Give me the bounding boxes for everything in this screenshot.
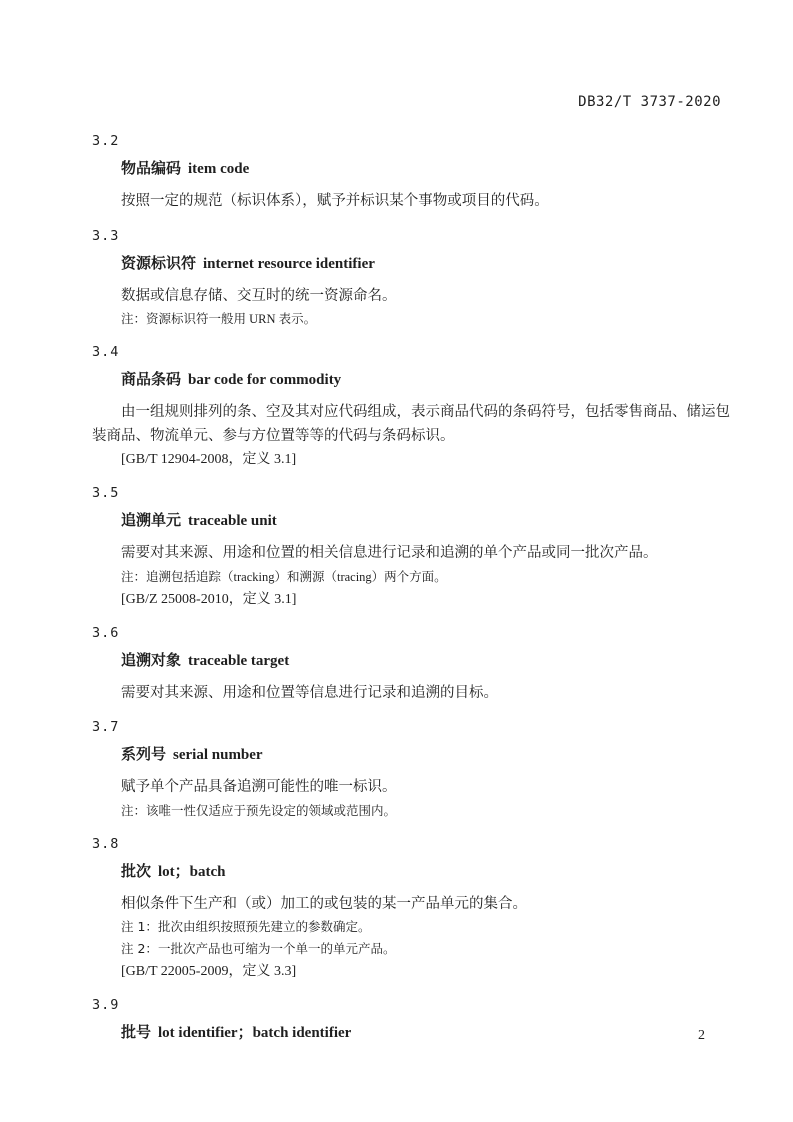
note-label: 注： [121,569,146,584]
section-number: 3.5 [92,485,730,501]
section-number: 3.3 [92,228,730,244]
source-reference: [GB/T 22005-2009，定义 3.3] [92,960,730,983]
term-chinese: 资源标识符 [121,254,196,272]
term-section: 3.3 资源标识符internet resource identifier 数据… [92,228,730,331]
section-number: 3.6 [92,625,730,641]
page-number: 2 [698,1028,705,1044]
definition-paragraph: 按照一定的规范（标识体系），赋予并标识某个事物或项目的代码。 [92,190,730,214]
term-english: item code [188,161,249,177]
term-chinese: 批次 [121,862,151,880]
section-number: 3.7 [92,719,730,735]
term-chinese: 系列号 [121,745,166,763]
note-line: 注：资源标识符一般用 URN 表示。 [92,308,730,330]
term-section: 3.6 追溯对象traceable target 需要对其来源、用途和位置等信息… [92,625,730,706]
definition-paragraph: 数据或信息存储、交互时的统一资源命名。 [92,285,730,309]
term-chinese: 追溯单元 [121,511,181,529]
term-section: 3.7 系列号serial number 赋予单个产品具备追溯可能性的唯一标识。… [92,719,730,822]
term-english: serial number [173,747,263,763]
note-label: 注 2： [121,941,158,956]
term-chinese: 物品编码 [121,159,181,177]
term-section: 3.8 批次lot；batch 相似条件下生产和（或）加工的或包装的某一产品单元… [92,836,730,984]
note-label: 注 1： [121,919,158,934]
term-section: 3.2 物品编码item code 按照一定的规范（标识体系），赋予并标识某个事… [92,133,730,214]
note-label: 注： [121,803,146,818]
term-heading: 资源标识符internet resource identifier [92,255,730,273]
terms-list: 3.2 物品编码item code 按照一定的规范（标识体系），赋予并标识某个事… [92,133,730,1056]
term-section: 3.5 追溯单元traceable unit 需要对其来源、用途和位置的相关信息… [92,485,730,611]
term-english: lot identifier；batch identifier [158,1025,351,1041]
document-page: DB32/T 3737-2020 3.2 物品编码item code 按照一定的… [0,0,793,1122]
term-english: traceable unit [188,513,277,529]
definition-paragraph: 需要对其来源、用途和位置等信息进行记录和追溯的目标。 [92,682,730,706]
term-heading: 商品条码bar code for commodity [92,371,730,389]
definition-paragraph: 赋予单个产品具备追溯可能性的唯一标识。 [92,776,730,800]
term-heading: 追溯单元traceable unit [92,512,730,530]
term-english: bar code for commodity [188,372,341,388]
term-chinese: 商品条码 [121,370,181,388]
source-reference: [GB/T 12904-2008，定义 3.1] [92,448,730,471]
note-line: 注 1：批次由组织按照预先建立的参数确定。 [92,916,730,938]
definition-paragraph: 由一组规则排列的条、空及其对应代码组成，表示商品代码的条码符号，包括零售商品、储… [92,401,730,448]
note-label: 注： [121,311,146,326]
term-heading: 批次lot；batch [92,863,730,881]
term-section: 3.9 批号lot identifier；batch identifier [92,997,730,1042]
term-chinese: 批号 [121,1023,151,1041]
note-line: 注：该唯一性仅适应于预先设定的领域或范围内。 [92,800,730,822]
definition-paragraph: 相似条件下生产和（或）加工的或包装的某一产品单元的集合。 [92,893,730,917]
definition-paragraph: 需要对其来源、用途和位置的相关信息进行记录和追溯的单个产品或同一批次产品。 [92,542,730,566]
note-line: 注 2：一批次产品也可缩为一个单一的单元产品。 [92,938,730,960]
term-heading: 物品编码item code [92,160,730,178]
source-reference: [GB/Z 25008-2010，定义 3.1] [92,588,730,611]
section-number: 3.8 [92,836,730,852]
term-english: traceable target [188,653,289,669]
section-number: 3.9 [92,997,730,1013]
doc-number: DB32/T 3737-2020 [578,94,721,110]
term-heading: 追溯对象traceable target [92,652,730,670]
section-number: 3.2 [92,133,730,149]
term-chinese: 追溯对象 [121,651,181,669]
term-section: 3.4 商品条码bar code for commodity 由一组规则排列的条… [92,344,730,471]
term-heading: 批号lot identifier；batch identifier [92,1024,730,1042]
term-english: lot；batch [158,864,226,880]
section-number: 3.4 [92,344,730,360]
term-english: internet resource identifier [203,256,375,272]
note-line: 注：追溯包括追踪（tracking）和溯源（tracing）两个方面。 [92,566,730,588]
term-heading: 系列号serial number [92,746,730,764]
